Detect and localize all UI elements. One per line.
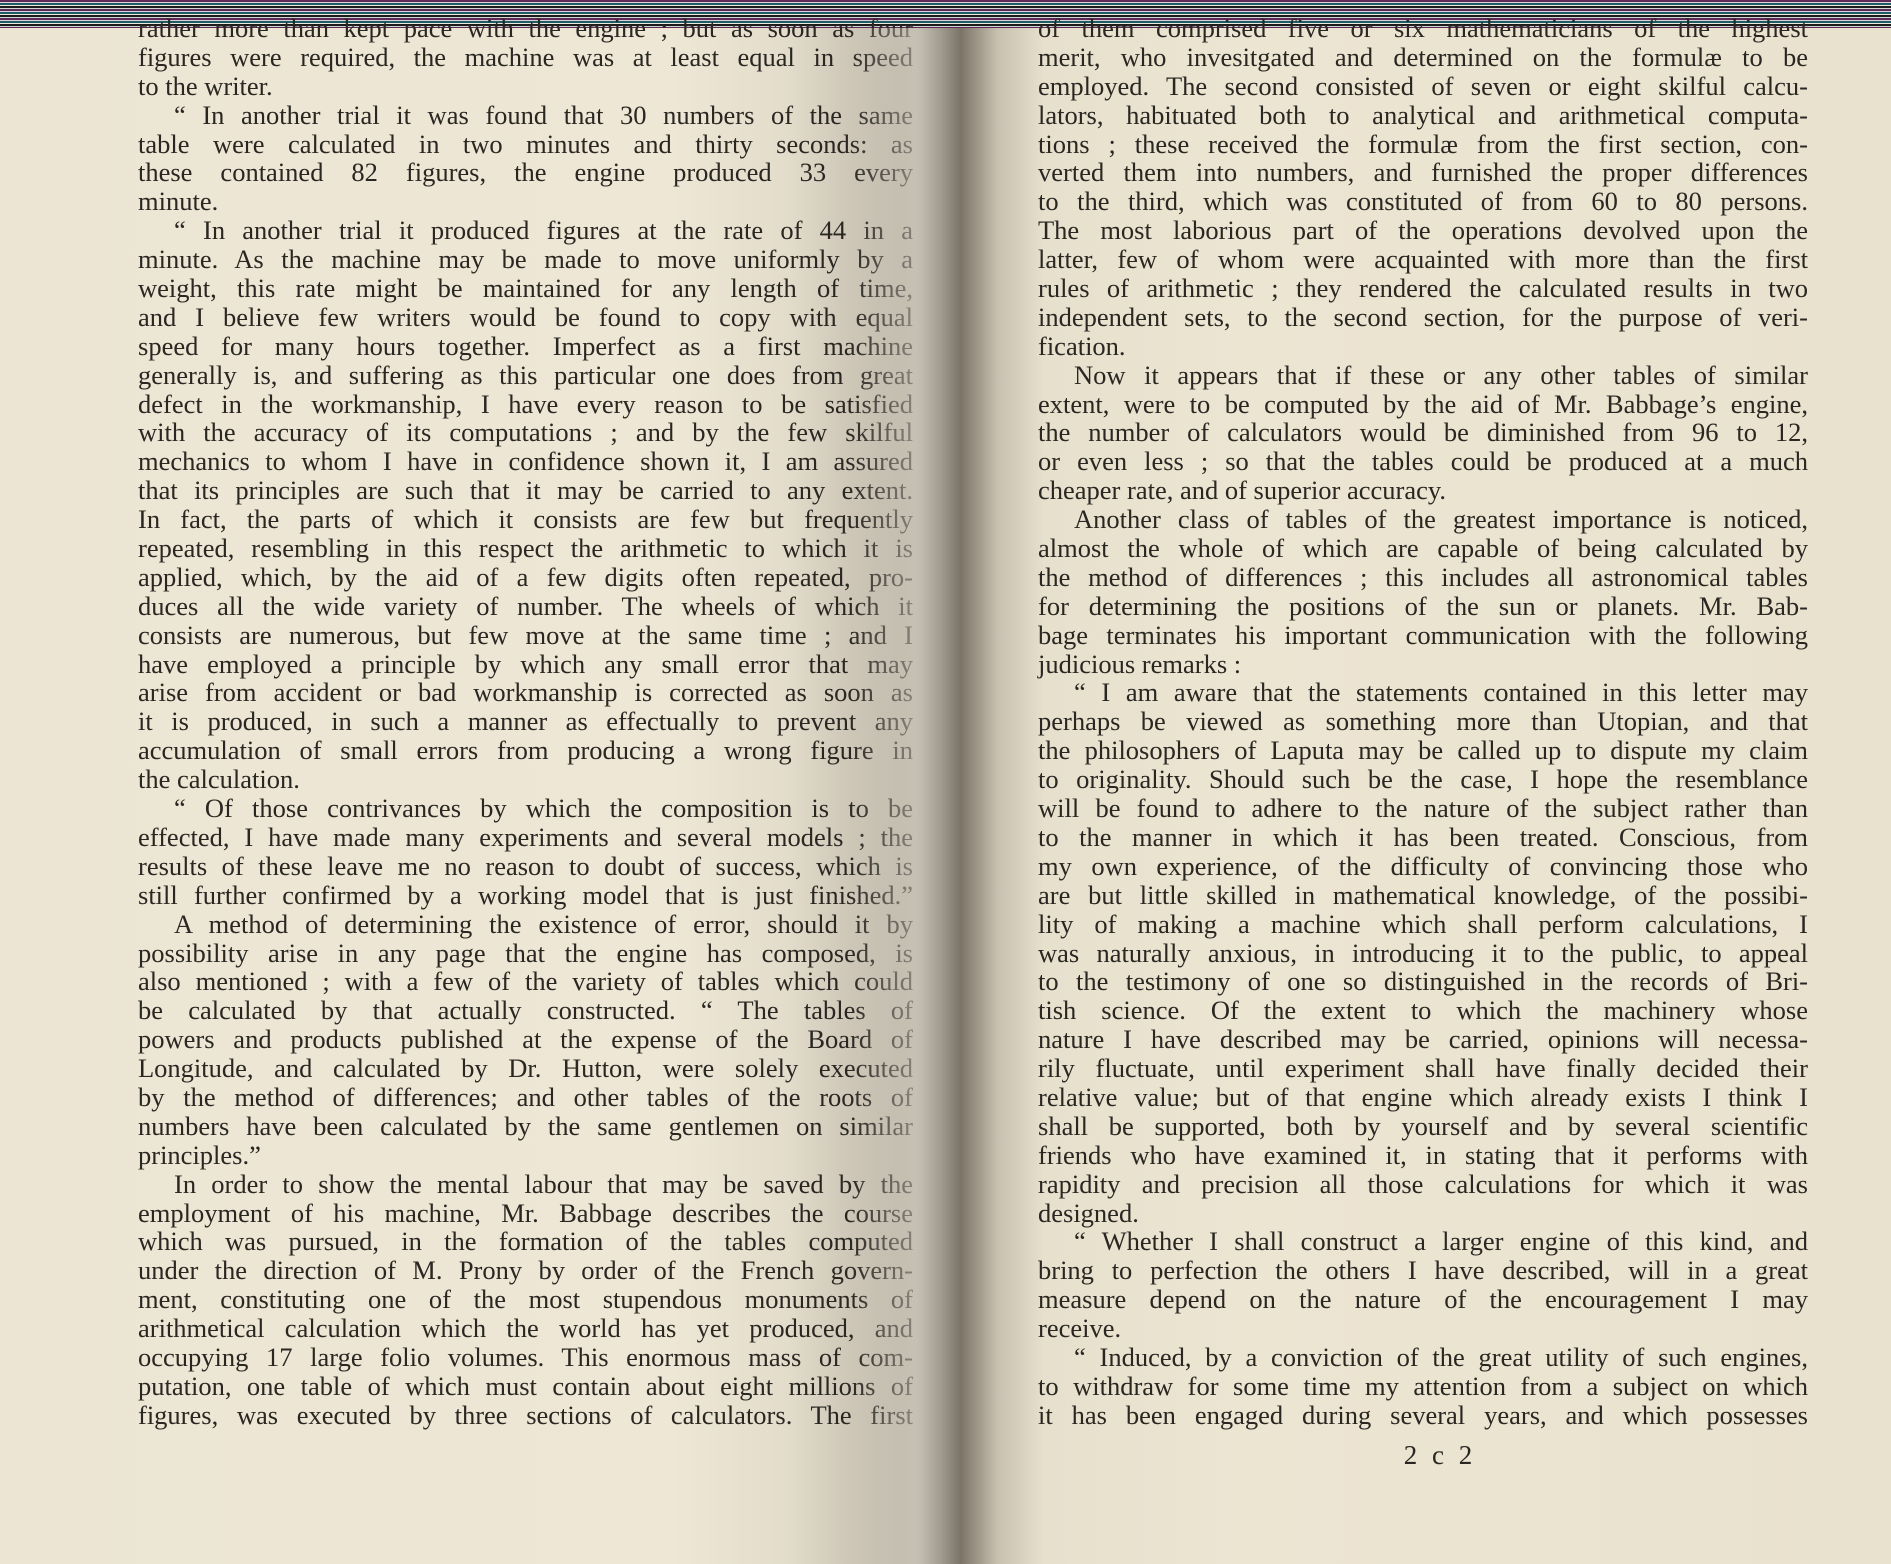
text-line: The most laborious part of the operation… (1038, 216, 1808, 245)
text-line: cheaper rate, and of superior accuracy. (1038, 476, 1808, 505)
text-line: also mentioned ; with a few of the varie… (138, 967, 913, 996)
text-line: almost the whole of which are capable of… (1038, 534, 1808, 563)
text-line: the method of differences ; this include… (1038, 563, 1808, 592)
right-page-text: of them comprised five or six mathematic… (1038, 14, 1808, 1430)
text-line: “ In another trial it was found that 30 … (138, 101, 913, 130)
text-line: figures, was executed by three sections … (138, 1401, 913, 1430)
text-line: which was pursued, in the formation of t… (138, 1227, 913, 1256)
text-line: applied, which, by the aid of a few digi… (138, 563, 913, 592)
text-line: figures were required, the machine was a… (138, 43, 913, 72)
text-line: mechanics to whom I have in confidence s… (138, 447, 913, 476)
text-line: extent, were to be computed by the aid o… (1038, 390, 1808, 419)
text-line: measure depend on the nature of the enco… (1038, 1285, 1808, 1314)
text-line: minute. (138, 187, 913, 216)
text-line: consists are numerous, but few move at t… (138, 621, 913, 650)
text-line: “ Induced, by a conviction of the great … (1038, 1343, 1808, 1372)
text-line: to originality. Should such be the case,… (1038, 765, 1808, 794)
text-line: Now it appears that if these or any othe… (1038, 361, 1808, 390)
text-line: employed. The second consisted of seven … (1038, 72, 1808, 101)
text-line: the number of calculators would be dimin… (1038, 418, 1808, 447)
text-line: lity of making a machine which shall per… (1038, 910, 1808, 939)
left-page-text: rather more than kept pace with the engi… (138, 14, 913, 1430)
text-line: speed for many hours together. Imperfect… (138, 332, 913, 361)
text-line: be calculated by that actually construct… (138, 996, 913, 1025)
text-line: friends who have examined it, in stating… (1038, 1141, 1808, 1170)
text-line: Longitude, and calculated by Dr. Hutton,… (138, 1054, 913, 1083)
text-line: weight, this rate might be maintained fo… (138, 274, 913, 303)
text-line: generally is, and suffering as this part… (138, 361, 913, 390)
text-line: merit, who invesitgated and determined o… (1038, 43, 1808, 72)
text-line: it is produced, in such a manner as effe… (138, 707, 913, 736)
text-line: bring to perfection the others I have de… (1038, 1256, 1808, 1285)
text-line: designed. (1038, 1199, 1808, 1228)
text-line: under the direction of M. Prony by order… (138, 1256, 913, 1285)
text-line: employment of his machine, Mr. Babbage d… (138, 1199, 913, 1228)
text-line: nature I have described may be carried, … (1038, 1025, 1808, 1054)
text-line: my own experience, of the difficulty of … (1038, 852, 1808, 881)
text-line: putation, one table of which must contai… (138, 1372, 913, 1401)
text-line: numbers have been calculated by the same… (138, 1112, 913, 1141)
text-line: “ In another trial it produced figures a… (138, 216, 913, 245)
text-line: table were calculated in two minutes and… (138, 130, 913, 159)
text-line: to the writer. (138, 72, 913, 101)
text-line: rather more than kept pace with the engi… (138, 14, 913, 43)
text-line: to the third, which was constituted of f… (1038, 187, 1808, 216)
text-line: “ I am aware that the statements contain… (1038, 678, 1808, 707)
text-line: judicious remarks : (1038, 650, 1808, 679)
text-line: In order to show the mental labour that … (138, 1170, 913, 1199)
text-line: are but little skilled in mathematical k… (1038, 881, 1808, 910)
text-line: perhaps be viewed as something more than… (1038, 707, 1808, 736)
text-line: accumulation of small errors from produc… (138, 736, 913, 765)
text-line: “ Whether I shall construct a larger eng… (1038, 1227, 1808, 1256)
text-line: the philosophers of Laputa may be called… (1038, 736, 1808, 765)
text-line: it has been engaged during several years… (1038, 1401, 1808, 1430)
text-line: verted them into numbers, and furnished … (1038, 158, 1808, 187)
text-line: bage terminates his important communicat… (1038, 621, 1808, 650)
text-line: shall be supported, both by yourself and… (1038, 1112, 1808, 1141)
text-line: receive. (1038, 1314, 1808, 1343)
text-line: repeated, resembling in this respect the… (138, 534, 913, 563)
text-line: ment, constituting one of the most stupe… (138, 1285, 913, 1314)
text-line: to the testimony of one so distinguished… (1038, 967, 1808, 996)
text-line: by the method of differences; and other … (138, 1083, 913, 1112)
text-line: and I believe few writers would be found… (138, 303, 913, 332)
text-line: will be found to adhere to the nature of… (1038, 794, 1808, 823)
signature-mark: 2 c 2 (1380, 1440, 1500, 1471)
text-line: rapidity and precision all those calcula… (1038, 1170, 1808, 1199)
text-line: was naturally anxious, in introducing it… (1038, 939, 1808, 968)
text-line: rules of arithmetic ; they rendered the … (1038, 274, 1808, 303)
text-line: duces all the wide variety of number. Th… (138, 592, 913, 621)
text-line: A method of determining the existence of… (138, 910, 913, 939)
text-line: minute. As the machine may be made to mo… (138, 245, 913, 274)
text-line: In fact, the parts of which it consists … (138, 505, 913, 534)
text-line: still further confirmed by a working mod… (138, 881, 913, 910)
text-line: latter, few of whom were acquainted with… (1038, 245, 1808, 274)
text-line: powers and products published at the exp… (138, 1025, 913, 1054)
text-line: principles.” (138, 1141, 913, 1170)
text-line: “ Of those contrivances by which the com… (138, 794, 913, 823)
text-line: defect in the workmanship, I have every … (138, 390, 913, 419)
text-line: Another class of tables of the greatest … (1038, 505, 1808, 534)
text-line: or even less ; so that the tables could … (1038, 447, 1808, 476)
text-line: have employed a principle by which any s… (138, 650, 913, 679)
text-line: rily fluctuate, until experiment shall h… (1038, 1054, 1808, 1083)
text-line: of them comprised five or six mathematic… (1038, 14, 1808, 43)
text-line: to the manner in which it has been treat… (1038, 823, 1808, 852)
text-line: for determining the positions of the sun… (1038, 592, 1808, 621)
text-line: arise from accident or bad workmanship i… (138, 678, 913, 707)
text-line: tions ; these received the formulæ from … (1038, 130, 1808, 159)
text-line: independent sets, to the second section,… (1038, 303, 1808, 332)
text-line: lators, habituated both to analytical an… (1038, 101, 1808, 130)
text-line: to withdraw for some time my attention f… (1038, 1372, 1808, 1401)
text-line: effected, I have made many experiments a… (138, 823, 913, 852)
text-line: these contained 82 figures, the engine p… (138, 158, 913, 187)
text-line: the calculation. (138, 765, 913, 794)
text-line: fication. (1038, 332, 1808, 361)
text-line: tish science. Of the extent to which the… (1038, 996, 1808, 1025)
text-line: that its principles are such that it may… (138, 476, 913, 505)
text-line: possibility arise in any page that the e… (138, 939, 913, 968)
text-line: with the accuracy of its computations ; … (138, 418, 913, 447)
text-line: results of these leave me no reason to d… (138, 852, 913, 881)
text-line: arithmetical calculation which the world… (138, 1314, 913, 1343)
text-line: occupying 17 large folio volumes. This e… (138, 1343, 913, 1372)
text-line: relative value; but of that engine which… (1038, 1083, 1808, 1112)
